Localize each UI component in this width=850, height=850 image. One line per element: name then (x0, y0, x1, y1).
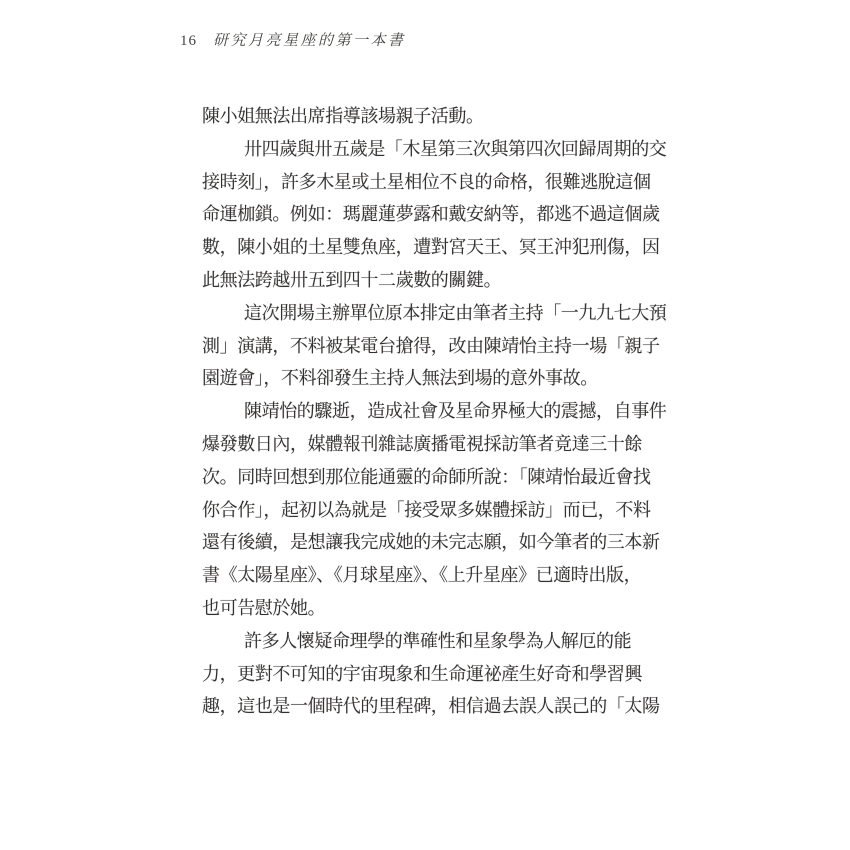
text-line: 卅四歲與卅五歲是「木星第三次與第四次回歸周期的交 (202, 133, 672, 166)
text-line: 接時刻」，許多木星或土星相位不良的命格，很難逃脫這個 (202, 166, 672, 199)
text-line: 書《太陽星座》、《月球星座》、《上升星座》已適時出版， (202, 559, 672, 592)
text-line: 趣，這也是一個時代的里程碑，相信過去誤人誤己的「太陽 (202, 690, 672, 723)
text-line: 陳小姐無法出席指導該場親子活動。 (202, 100, 672, 133)
text-line: 園遊會」，不料卻發生主持人無法到場的意外事故。 (202, 362, 672, 395)
text-line: 也可告慰於她。 (202, 592, 672, 625)
text-line: 測」演講，不料被某電台搶得，改由陳靖怡主持一場「親子 (202, 330, 672, 363)
text-line: 陳靖怡的驟逝，造成社會及星命界極大的震撼，自事件 (202, 395, 672, 428)
text-line: 此無法跨越卅五到四十二歲數的關鍵。 (202, 264, 672, 297)
page-header: 16 研究月亮星座的第一本書 (180, 29, 406, 50)
text-line: 許多人懷疑命理學的準確性和星象學為人解厄的能 (202, 625, 672, 658)
text-line: 你合作」，起初以為就是「接受眾多媒體採訪」而已，不料 (202, 494, 672, 527)
text-line: 爆發數日內，媒體報刊雜誌廣播電視採訪筆者竟達三十餘 (202, 428, 672, 461)
body-text: 陳小姐無法出席指導該場親子活動。卅四歲與卅五歲是「木星第三次與第四次回歸周期的交… (202, 100, 672, 723)
text-line: 力，更對不可知的宇宙現象和生命運祕產生好奇和學習興 (202, 658, 672, 691)
book-page: 16 研究月亮星座的第一本書 陳小姐無法出席指導該場親子活動。卅四歲與卅五歲是「… (0, 0, 850, 850)
running-title: 研究月亮星座的第一本書 (213, 29, 406, 50)
text-line: 數，陳小姐的土星雙魚座，遭對宮天王、冥王沖犯刑傷，因 (202, 231, 672, 264)
page-number: 16 (180, 33, 197, 50)
text-line: 命運枷鎖。例如：瑪麗蓮夢露和戴安納等，都逃不過這個歲 (202, 198, 672, 231)
text-line: 次。同時回想到那位能通靈的命師所說：「陳靖怡最近會找 (202, 461, 672, 494)
text-line: 還有後續，是想讓我完成她的未完志願，如今筆者的三本新 (202, 526, 672, 559)
text-line: 這次開場主辦單位原本排定由筆者主持「一九九七大預 (202, 297, 672, 330)
